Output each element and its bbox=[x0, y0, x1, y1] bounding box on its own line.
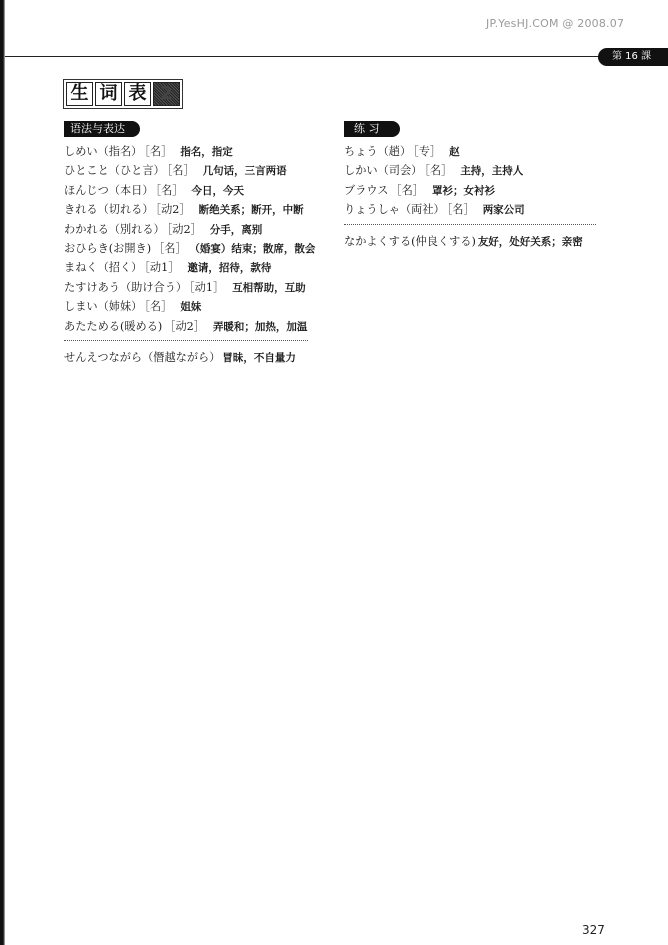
vocab-entry: ひとこと（ひと言）［名］几句话，三言两语 bbox=[64, 161, 339, 180]
vocab-entry: しまい（姉妹）［名］姐妹 bbox=[64, 297, 339, 316]
title-char: 词 bbox=[95, 82, 122, 106]
watermark: JP.YesHJ.COM @ 2008.07 bbox=[486, 17, 624, 30]
page-title: 生 词 表 2 bbox=[63, 79, 183, 109]
title-char: 生 bbox=[66, 82, 93, 106]
vocab-entry: わかれる（別れる）［动2］分手，离别 bbox=[64, 220, 339, 239]
vocab-entry: ちょう（趙）［专］赵 bbox=[344, 142, 614, 161]
vocab-entry: しかい（司会）［名］主持，主持人 bbox=[344, 161, 614, 180]
lesson-tab: 第 16 課 bbox=[598, 48, 668, 66]
vocab-entry: りょうしゃ（両社）［名］两家公司 bbox=[344, 200, 614, 219]
vocab-entry: せんえつながら（僭越ながら）冒昧，不自量力 bbox=[64, 348, 339, 367]
scan-edge-strip bbox=[0, 0, 5, 945]
title-char: 表 bbox=[124, 82, 151, 106]
vocab-entry: おひらき(お開き)［名］（婚宴）结束；散席，散会 bbox=[64, 239, 339, 258]
page-number: 327 bbox=[582, 923, 605, 937]
title-number-badge: 2 bbox=[153, 82, 180, 106]
vocab-entry: ブラウス［名］罩衫；女衬衫 bbox=[344, 181, 614, 200]
vocab-entry: あたためる(暖める)［动2］弄暖和；加热，加温 bbox=[64, 317, 339, 336]
vocab-entry: きれる（切れる）［动2］断绝关系；断开，中断 bbox=[64, 200, 339, 219]
vocab-entry: なかよくする(仲良くする)友好，处好关系；亲密 bbox=[344, 232, 614, 251]
vocab-entry: しめい（指名）［名］指名，指定 bbox=[64, 142, 339, 161]
vocab-list-exercise: ちょう（趙）［专］赵 しかい（司会）［名］主持，主持人 ブラウス［名］罩衫；女衬… bbox=[344, 142, 614, 251]
vocab-list-grammar: しめい（指名）［名］指名，指定 ひとこと（ひと言）［名］几句话，三言两语 ほんじ… bbox=[64, 142, 339, 367]
dotted-divider bbox=[344, 224, 596, 226]
vocab-entry: まねく（招く）［动1］邀请，招待，款待 bbox=[64, 258, 339, 277]
header-rule bbox=[5, 56, 605, 57]
section-label-exercise: 练 习 bbox=[344, 121, 400, 137]
vocab-entry: たすけあう（助け合う）［动1］互相帮助，互助 bbox=[64, 278, 339, 297]
section-label-grammar: 语法与表达 bbox=[64, 121, 140, 137]
vocab-entry: ほんじつ（本日）［名］今日，今天 bbox=[64, 181, 339, 200]
dotted-divider bbox=[64, 340, 308, 342]
